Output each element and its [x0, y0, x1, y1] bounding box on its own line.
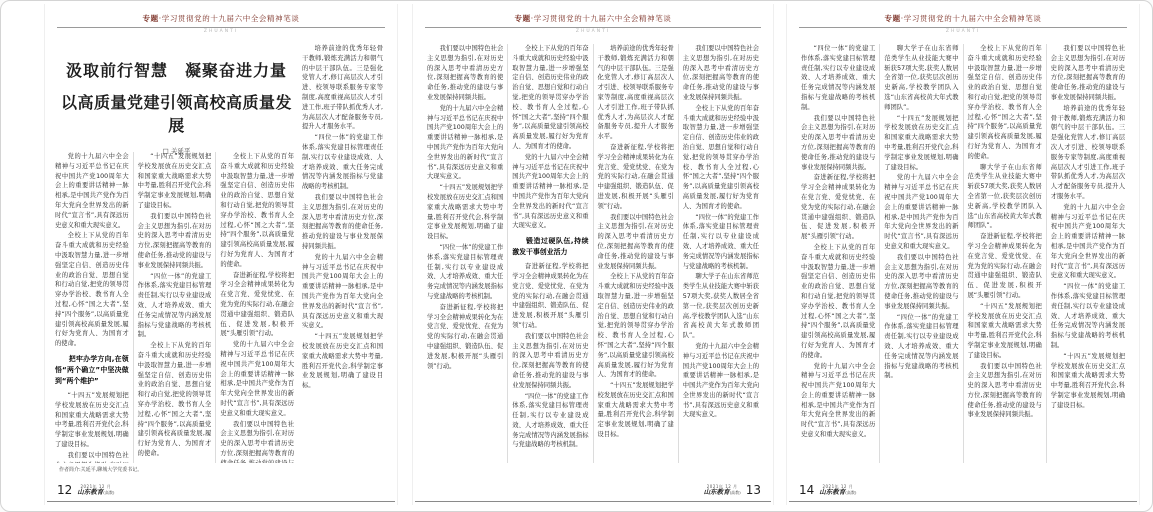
text-column: 我们要以中国特色社会主义思想为指引,在对历史的深入思考中看清历史方位,深刻把握高… [678, 44, 763, 463]
body-paragraph: 我们要以中国特色社会主义思想为指引,在对历史的深入思考中看清历史方位,深刻把握高… [968, 362, 1042, 421]
body-paragraph: “十四五”发展规划把学校发展放在历史交汇点和国家重大战略需求大势中考量,胜利召开… [138, 152, 212, 211]
body-paragraph: 培养前途的优秀年轻骨干教师,锻炼充满活力和朝气的中层干部队伍。三是强化党管人才,… [598, 44, 674, 142]
topic-subtitle: ZHUANTI [57, 29, 385, 34]
body-paragraph: “十四五”发展规划把学校发展放在历史交汇点和国家重大战略需求大势中考量,胜利召开… [598, 381, 674, 440]
body-paragraph: “四位一体”的党建工作体系,落实党建目标管理责任制,实行以专业建设成效、人才培养… [1051, 282, 1125, 351]
body-paragraph: 奋进新征程,学校将把学习全会精神成果转化为在党言党、爱党忧党、在党为党的实际行动… [427, 303, 503, 372]
body-paragraph: 党的十九届六中全会精神与习近平总书记在庆祝中国共产党100周年大会上的重要讲话精… [512, 153, 588, 231]
body-paragraph: 我们要以中国特色社会主义思想为指引,在对历史的深入思考中看清历史方位,深刻把握高… [1051, 44, 1125, 103]
body-paragraph: 奋进新征程,学校将把学习全会精神成果转化为在党言党、爱党忧党、在党为党的实际行动… [598, 143, 674, 212]
body-paragraph: “十四五”发展规划把学校发展放在历史交汇点和国家重大战略需求大势中考量,胜利召开… [1051, 352, 1125, 411]
body-paragraph: 全校上下从党的百年奋斗重大成就和历史经验中汲取智慧力量,进一步增强坚定自信、创造… [801, 243, 875, 361]
body-paragraph: “四位一体”的党建工作体系,落实党建目标管理责任制,实行以专业建设成效、人才培养… [801, 44, 875, 113]
journal-imprint: 2021年 12 月 山东教育(高教) [77, 485, 114, 497]
header-divider [57, 27, 385, 28]
body-paragraph: 全校上下从党的百年奋斗重大成就和历史经验中汲取智慧力量,进一步增强坚定自信、创造… [968, 44, 1042, 162]
text-column: 党的十九届六中全会精神与习近平总书记在庆祝中国共产党100周年大会上的重要讲话精… [55, 152, 133, 463]
body-paragraph: 党的十九届六中全会精神与习近平总书记在庆祝中国共产党100周年大会上的重要讲话精… [220, 340, 294, 418]
body-paragraph: 党的十九届六中全会精神与习近平总书记在庆祝中国共产党100周年大会上的重要讲话精… [427, 104, 503, 182]
body-paragraph: “十四五”发展规划把学校发展放在历史交汇点和国家重大战略需求大势中考量,胜利召开… [968, 302, 1042, 361]
topic-subtitle: ZHUANTI [799, 29, 1127, 34]
journal-name: 山东教育(高教) [704, 489, 741, 496]
topic-title: ·学习贯彻党的十九届六中全会精神笔谈 [159, 14, 300, 23]
body-paragraph: 我们要以中国特色社会主义思想为指引,在对历史的深入思考中看清历史方位,深刻把握高… [220, 420, 294, 463]
body-paragraph: “四位一体”的党建工作体系,落实党建目标管理责任制,实行以专业建设成效、人才培养… [427, 243, 503, 302]
body-paragraph: 全校上下从党的百年奋斗重大成就和历史经验中汲取智慧力量,进一步增强坚定自信、创造… [220, 152, 294, 270]
text-column: 培养前途的优秀年轻骨干教师,锻炼充满活力和朝气的中层干部队伍。三是强化党管人才,… [593, 44, 678, 463]
body-paragraph: 党的十九届六中全会精神与习近平总书记在庆祝中国共产党100周年大会上的重要讲话精… [1051, 203, 1125, 281]
body-paragraph: 党的十九届六中全会精神与习近平总书记在庆祝中国共产党100周年大会上的重要讲话精… [683, 342, 759, 420]
page-number: 12 [57, 484, 72, 496]
article-title-line1: 汲取前行智慧 凝聚奋进力量 [55, 58, 298, 81]
author-bio: 作者简介:关延平,聊城大学党委书记。 [59, 466, 142, 473]
text-column: 我们要以中国特色社会主义思想为指引,在对历史的深入思考中看清历史方位,深刻把握高… [423, 44, 507, 463]
body-paragraph: 奋进新征程,学校将把学习全会精神成果转化为在党言党、爱党忧党、在党为党的实际行动… [512, 262, 588, 331]
body-paragraph: 全校上下从党的百年奋斗重大成就和历史经验中汲取智慧力量,进一步增强坚定自信、创造… [512, 44, 588, 152]
text-column: 全校上下从党的百年奋斗重大成就和历史经验中汲取智慧力量,进一步增强坚定自信、创造… [507, 44, 592, 463]
body-paragraph: 培养前途的优秀年轻骨干教师,锻炼充满活力和朝气的中层干部队伍。三是强化党管人才,… [302, 44, 383, 132]
body-paragraph: 聊大学子在山东省师范类学生从业技能大赛中斩获57项大奖,获奖人数居全省第一位,获… [683, 272, 759, 341]
body-paragraph: 党的十九届六中全会精神与习近平总书记在庆祝中国共产党100周年大会上的重要讲话精… [884, 173, 958, 251]
body-paragraph: 党的十九届六中全会精神与习近平总书记在庆祝中国共产党100周年大会上的重要讲话精… [55, 152, 129, 230]
body-paragraph: 我们要以中国特色社会主义思想为指引,在对历史的深入思考中看清历史方位,深刻把握高… [55, 451, 129, 463]
text-column: “四位一体”的党建工作体系,落实党建目标管理责任制,实行以专业建设成效、人才培养… [797, 44, 879, 463]
body-paragraph: 我们要以中国特色社会主义思想为指引,在对历史的深入思考中看清历史方位,深刻把握高… [683, 44, 759, 103]
body-paragraph: 全校上下从党的百年奋斗重大成就和历史经验中汲取智慧力量,进一步增强坚定自信、创造… [598, 272, 674, 380]
body-paragraph: 我们要以中国特色社会主义思想为指引,在对历史的深入思考中看清历史方位,深刻把握高… [512, 332, 588, 391]
page-footer: 12 2021年 12 月 山东教育(高教) [57, 484, 385, 496]
text-column: 全校上下从党的百年奋斗重大成就和历史经验中汲取智慧力量,进一步增强坚定自信、创造… [215, 152, 298, 463]
journal-name: 山东教育(高教) [77, 489, 114, 496]
body-paragraph: 我们要以中国特色社会主义思想为指引,在对历史的深入思考中看清历史方位,深刻把握高… [138, 212, 212, 271]
body-paragraph: 党的十九届六中全会精神与习近平总书记在庆祝中国共产党100周年大会上的重要讲话精… [302, 253, 383, 331]
body-paragraph: “十四五”发展规划把学校发展放在历史交汇点和国家重大战略需求大势中考量,胜利召开… [302, 332, 383, 391]
body-paragraph: “四位一体”的党建工作体系,落实党建目标管理责任制,实行以专业建设成效、人才培养… [884, 313, 958, 382]
header-divider [425, 27, 761, 28]
body-paragraph: “四位一体”的党建工作体系,落实党建目标管理责任制,实行以专业建设成效、人才培养… [683, 213, 759, 272]
page-number: 13 [746, 484, 761, 496]
body-paragraph: 我们要以中国特色社会主义思想为指引,在对历史的深入思考中看清历史方位,深刻把握高… [427, 44, 503, 103]
body-paragraph: 我们要以中国特色社会主义思想为指引,在对历史的深入思考中看清历史方位,深刻把握高… [302, 193, 383, 252]
body-paragraph: “四位一体”的党建工作体系,落实党建目标管理责任制,实行以专业建设成效、人才培养… [138, 272, 212, 341]
body-paragraph: “四位一体”的党建工作体系,落实党建目标管理责任制,实行以专业建设成效、人才培养… [302, 133, 383, 192]
body-paragraph: 党的十九届六中全会精神与习近平总书记在庆祝中国共产党100周年大会上的重要讲话精… [801, 362, 875, 440]
journal-imprint: 2021年 12 月 山东教育(高教) [704, 485, 741, 497]
topic-subtitle: ZHUANTI [425, 29, 761, 34]
body-paragraph: 奋进新征程,学校将把学习全会精神成果转化为在党言党、爱党忧党、在党为党的实际行动… [220, 271, 294, 340]
text-column: “十四五”发展规划把学校发展放在历史交汇点和国家重大战略需求大势中考量,胜利召开… [133, 152, 216, 463]
body-paragraph: 全校上下从党的百年奋斗重大成就和历史经验中汲取智慧力量,进一步增强坚定自信、创造… [683, 104, 759, 212]
body-paragraph: “十四五”发展规划把学校发展放在历史交汇点和国家重大战略需求大势中考量,胜利召开… [884, 114, 958, 173]
body-paragraph: 我们要以中国特色社会主义思想为指引,在对历史的深入思考中看清历史方位,深刻把握高… [598, 213, 674, 272]
article-title-line2: 以高质量党建引领高校高质量发展 [55, 90, 298, 136]
text-column: 聊大学子在山东省师范类学生从业技能大赛中斩获57项大奖,获奖人数居全省第一位,获… [879, 44, 962, 463]
body-paragraph: 聊大学子在山东省师范类学生从业技能大赛中斩获57项大奖,获奖人数居全省第一位,获… [884, 44, 958, 113]
header-divider [799, 27, 1127, 28]
topic-title: ·学习贯彻党的十九届六中全会精神笔谈 [901, 14, 1042, 23]
journal-suffix: (高教) [730, 490, 741, 495]
section-heading: 把牢办学方向,在领悟“两个确立”中坚决做到“两个维护” [55, 354, 129, 387]
journal-suffix: (高教) [103, 490, 114, 495]
body-paragraph: 全校上下从党的百年奋斗重大成就和历史经验中汲取智慧力量,进一步增强坚定自信、创造… [138, 341, 212, 459]
topic-label: 专题 [143, 14, 159, 23]
topic-header: 专题·学习贯彻党的十九届六中全会精神笔谈 ZHUANTI [799, 13, 1127, 34]
body-paragraph: “十四五”发展规划把学校发展放在历史交汇点和国家重大战略需求大势中考量,胜利召开… [427, 183, 503, 242]
body-paragraph: “十四五”发展规划把学校发展放在历史交汇点和国家重大战略需求大势中考量,胜利召开… [55, 391, 129, 450]
body-paragraph: 奋进新征程,学校将把学习全会精神成果转化为在党言党、爱党忧党、在党为党的实际行动… [968, 232, 1042, 301]
body-paragraph: 奋进新征程,学校将把学习全会精神成果转化为在党言党、爱党忧党、在党为党的实际行动… [801, 173, 875, 242]
body-paragraph: “四位一体”的党建工作体系,落实党建目标管理责任制,实行以专业建设成效、人才培养… [512, 392, 588, 451]
magazine-page-12: 专题·学习贯彻党的十九届六中全会精神笔谈 ZHUANTI 汲取前行智慧 凝聚奋进… [44, 4, 398, 505]
topic-header: 专题·学习贯彻党的十九届六中全会精神笔谈 ZHUANTI [57, 13, 385, 34]
magazine-page-13: 专题·学习贯彻党的十九届六中全会精神笔谈 ZHUANTI 我们要以中国特色社会主… [412, 4, 774, 505]
article-title-block: 汲取前行智慧 凝聚奋进力量 以高质量党建引领高校高质量发展 □ 关延平 [55, 44, 298, 152]
body-paragraph: 全校上下从党的百年奋斗重大成就和历史经验中汲取智慧力量,进一步增强坚定自信、创造… [55, 231, 129, 349]
topic-title: ·学习贯彻党的十九届六中全会精神笔谈 [531, 14, 672, 23]
journal-name: 山东教育(高教) [819, 489, 856, 496]
magazine-page-14: 专题·学习贯彻党的十九届六中全会精神笔谈 ZHUANTI “四位一体”的党建工作… [786, 4, 1140, 505]
body-paragraph: 我们要以中国特色社会主义思想为指引,在对历史的深入思考中看清历史方位,深刻把握高… [884, 253, 958, 312]
body-paragraph: 培养前途的优秀年轻骨干教师,锻炼充满活力和朝气的中层干部队伍。三是强化党管人才,… [1051, 104, 1125, 202]
body-paragraph: 聊大学子在山东省师范类学生从业技能大赛中斩获57项大奖,获奖人数居全省第一位,获… [968, 163, 1042, 232]
body-paragraph: 我们要以中国特色社会主义思想为指引,在对历史的深入思考中看清历史方位,深刻把握高… [801, 114, 875, 173]
text-column: 我们要以中国特色社会主义思想为指引,在对历史的深入思考中看清历史方位,深刻把握高… [1046, 44, 1129, 463]
journal-imprint: 2021年 12 月 山东教育(高教) [819, 485, 856, 497]
page-number: 14 [799, 484, 814, 496]
page-footer: 14 2021年 12 月 山东教育(高教) [799, 484, 1127, 496]
journal-suffix: (高教) [845, 490, 856, 495]
topic-label: 专题 [885, 14, 901, 23]
text-column: 全校上下从党的百年奋斗重大成就和历史经验中汲取智慧力量,进一步增强坚定自信、创造… [963, 44, 1046, 463]
topic-label: 专题 [515, 14, 531, 23]
text-column: 培养前途的优秀年轻骨干教师,锻炼充满活力和朝气的中层干部队伍。三是强化党管人才,… [298, 44, 387, 463]
topic-header: 专题·学习贯彻党的十九届六中全会精神笔谈 ZHUANTI [425, 13, 761, 34]
page-footer: 2021年 12 月 山东教育(高教) 13 [425, 484, 761, 496]
section-heading: 锻造过硬队伍,持续激发干事创业活力 [512, 236, 588, 258]
